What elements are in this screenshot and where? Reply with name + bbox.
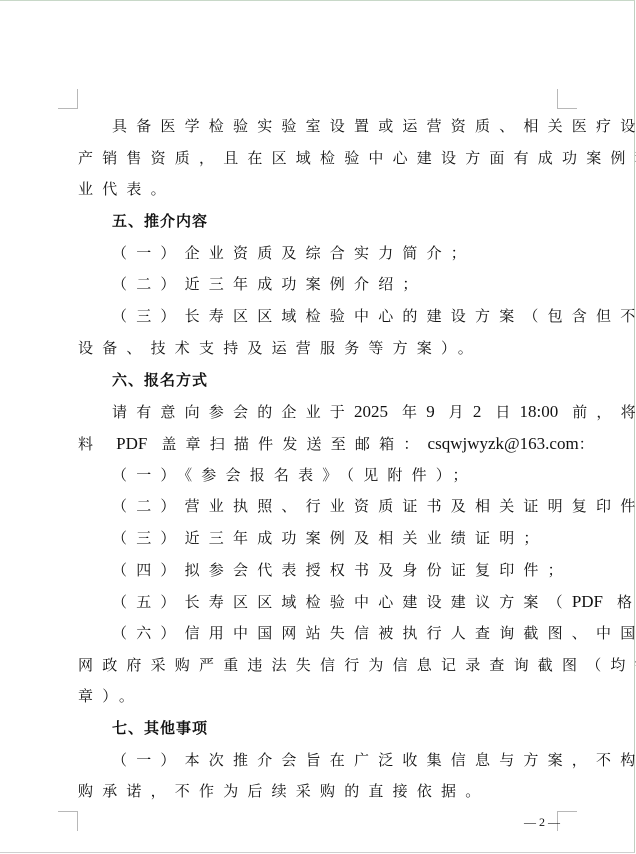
paragraph-line: 业代表。 xyxy=(78,174,558,206)
text-segment: （五）长寿区区域检验中心建设建议方案（ xyxy=(112,593,572,611)
year-value: 2025 xyxy=(354,402,388,421)
section-heading-7: 七、其他事项 xyxy=(78,713,558,745)
page-number: — 2 — xyxy=(524,814,560,830)
list-item: （四）拟参会代表授权书及身份证复印件； xyxy=(78,555,558,587)
text-segment: 月 xyxy=(449,403,473,421)
text-segment: 日 xyxy=(495,403,519,421)
text-segment: 前，将以下资 xyxy=(572,403,636,421)
document-body: 具备医学检验实验室设置或运营资质、相关医疗设备研发生 产销售资质，且在区域检验中… xyxy=(78,111,558,808)
list-item: （一）《参会报名表》（见附件）； xyxy=(78,460,558,492)
list-item: （六）信用中国网站失信被执行人查询截图、中国政府采购 xyxy=(78,618,558,650)
crop-mark-top-left xyxy=(58,89,78,109)
list-item: （三）长寿区区域检验中心的建设方案（包含但不限于核心 xyxy=(78,301,558,333)
document-page: 具备医学检验实验室设置或运营资质、相关医疗设备研发生 产销售资质，且在区域检验中… xyxy=(0,0,635,853)
list-item-continuation: 章）。 xyxy=(78,681,558,713)
list-item: （五）长寿区区域检验中心建设建议方案（PDF 格式）； xyxy=(78,586,558,618)
paragraph-line: 具备医学检验实验室设置或运营资质、相关医疗设备研发生 xyxy=(78,111,558,143)
text-segment: 请有意向参会的企业于 xyxy=(112,403,354,421)
month-value: 9 xyxy=(426,402,435,421)
list-item-continuation: 网政府采购严重违法失信行为信息记录查询截图（均需加盖公 xyxy=(78,650,558,682)
text-segment: 盖章扫描件发送至邮箱： xyxy=(161,435,427,453)
crop-mark-bottom-right xyxy=(557,811,577,831)
registration-paragraph-line-1: 请有意向参会的企业于2025 年9 月2 日18:00 前，将以下资 xyxy=(78,396,558,428)
deadline-time: 18:00 xyxy=(520,402,559,421)
format-label: PDF xyxy=(572,592,603,611)
text-segment: 料 xyxy=(78,435,102,453)
list-item: （二）营业执照、行业资质证书及相关证明复印件； xyxy=(78,491,558,523)
section-heading-5: 五、推介内容 xyxy=(78,206,558,238)
paragraph-line: 产销售资质，且在区域检验中心建设方面有成功案例和经验的企 xyxy=(78,143,558,175)
crop-mark-top-right xyxy=(557,89,577,109)
email-address: csqwjwyzk@163.com xyxy=(428,434,579,453)
text-segment: 年 xyxy=(402,403,426,421)
format-label: PDF xyxy=(116,434,147,453)
list-item-continuation: 购承诺，不作为后续采购的直接依据。 xyxy=(78,776,558,808)
text-segment: 格式）； xyxy=(617,593,636,611)
list-item: （一）企业资质及综合实力简介； xyxy=(78,238,558,270)
crop-mark-bottom-left xyxy=(58,811,78,831)
list-item: （一）本次推介会旨在广泛收集信息与方案，不构成任何采 xyxy=(78,745,558,777)
list-item: （二）近三年成功案例介绍； xyxy=(78,269,558,301)
list-item-continuation: 设备、技术支持及运营服务等方案）。 xyxy=(78,333,558,365)
day-value: 2 xyxy=(473,402,482,421)
list-item: （三）近三年成功案例及相关业绩证明； xyxy=(78,523,558,555)
section-heading-6: 六、报名方式 xyxy=(78,365,558,397)
registration-paragraph-line-2: 料 PDF 盖章扫描件发送至邮箱：csqwjwyzk@163.com： xyxy=(78,428,558,460)
text-segment: ： xyxy=(579,435,603,453)
